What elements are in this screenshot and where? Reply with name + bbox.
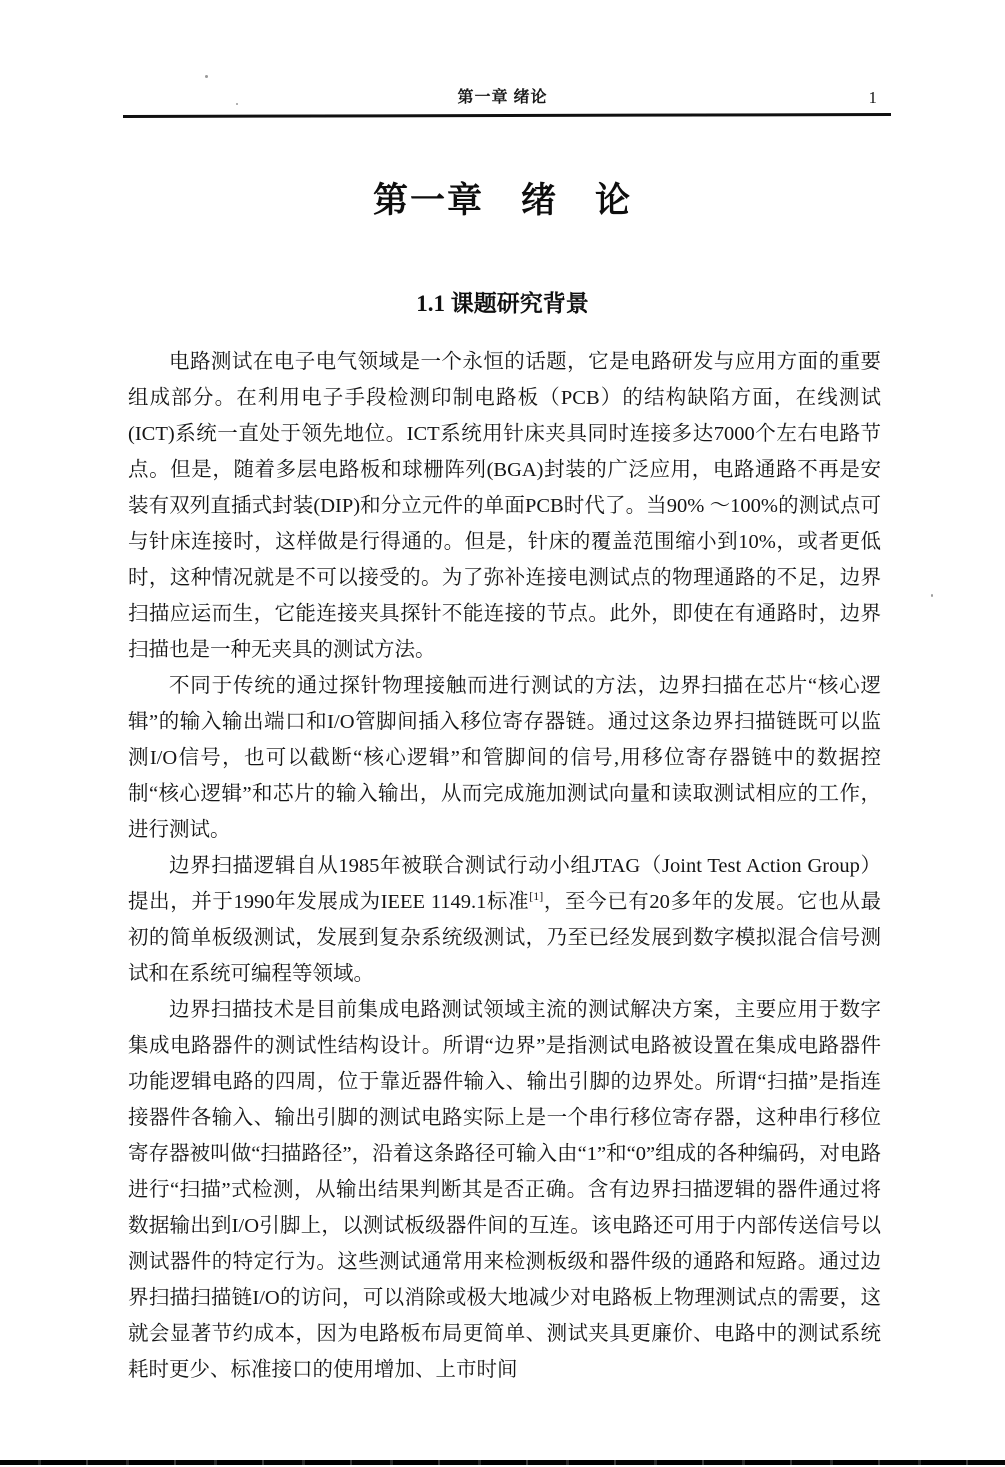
paragraph-3: 边界扫描逻辑自从1985年被联合测试行动小组JTAG（Joint Test Ac… [128, 848, 881, 992]
paragraph-1: 电路测试在电子电气领域是一个永恒的话题，它是电路研发与应用方面的重要组成部分。在… [128, 344, 881, 668]
scan-speck [931, 594, 933, 597]
header-rule [123, 113, 891, 118]
citation-superscript: [1] [529, 889, 543, 903]
body-text: 电路测试在电子电气领域是一个永恒的话题，它是电路研发与应用方面的重要组成部分。在… [128, 344, 881, 1388]
section-heading: 1.1 课题研究背景 [0, 285, 1005, 318]
running-header-title: 第一章 绪论 [0, 84, 1005, 107]
scan-speck [236, 103, 238, 105]
document-page: 第一章 绪论 1 第一章 绪 论 1.1 课题研究背景 电路测试在电子电气领域是… [0, 0, 1005, 1467]
paragraph-2: 不同于传统的通过探针物理接触而进行测试的方法，边界扫描在芯片“核心逻辑”的输入输… [128, 668, 881, 848]
paragraph-4: 边界扫描技术是目前集成电路测试领域主流的测试解决方案，主要应用于数字集成电路器件… [128, 992, 881, 1388]
scan-edge-artifact [0, 1460, 1005, 1465]
chapter-title: 第一章 绪 论 [0, 173, 1005, 223]
page-number: 1 [869, 88, 878, 108]
scan-speck [205, 75, 208, 78]
